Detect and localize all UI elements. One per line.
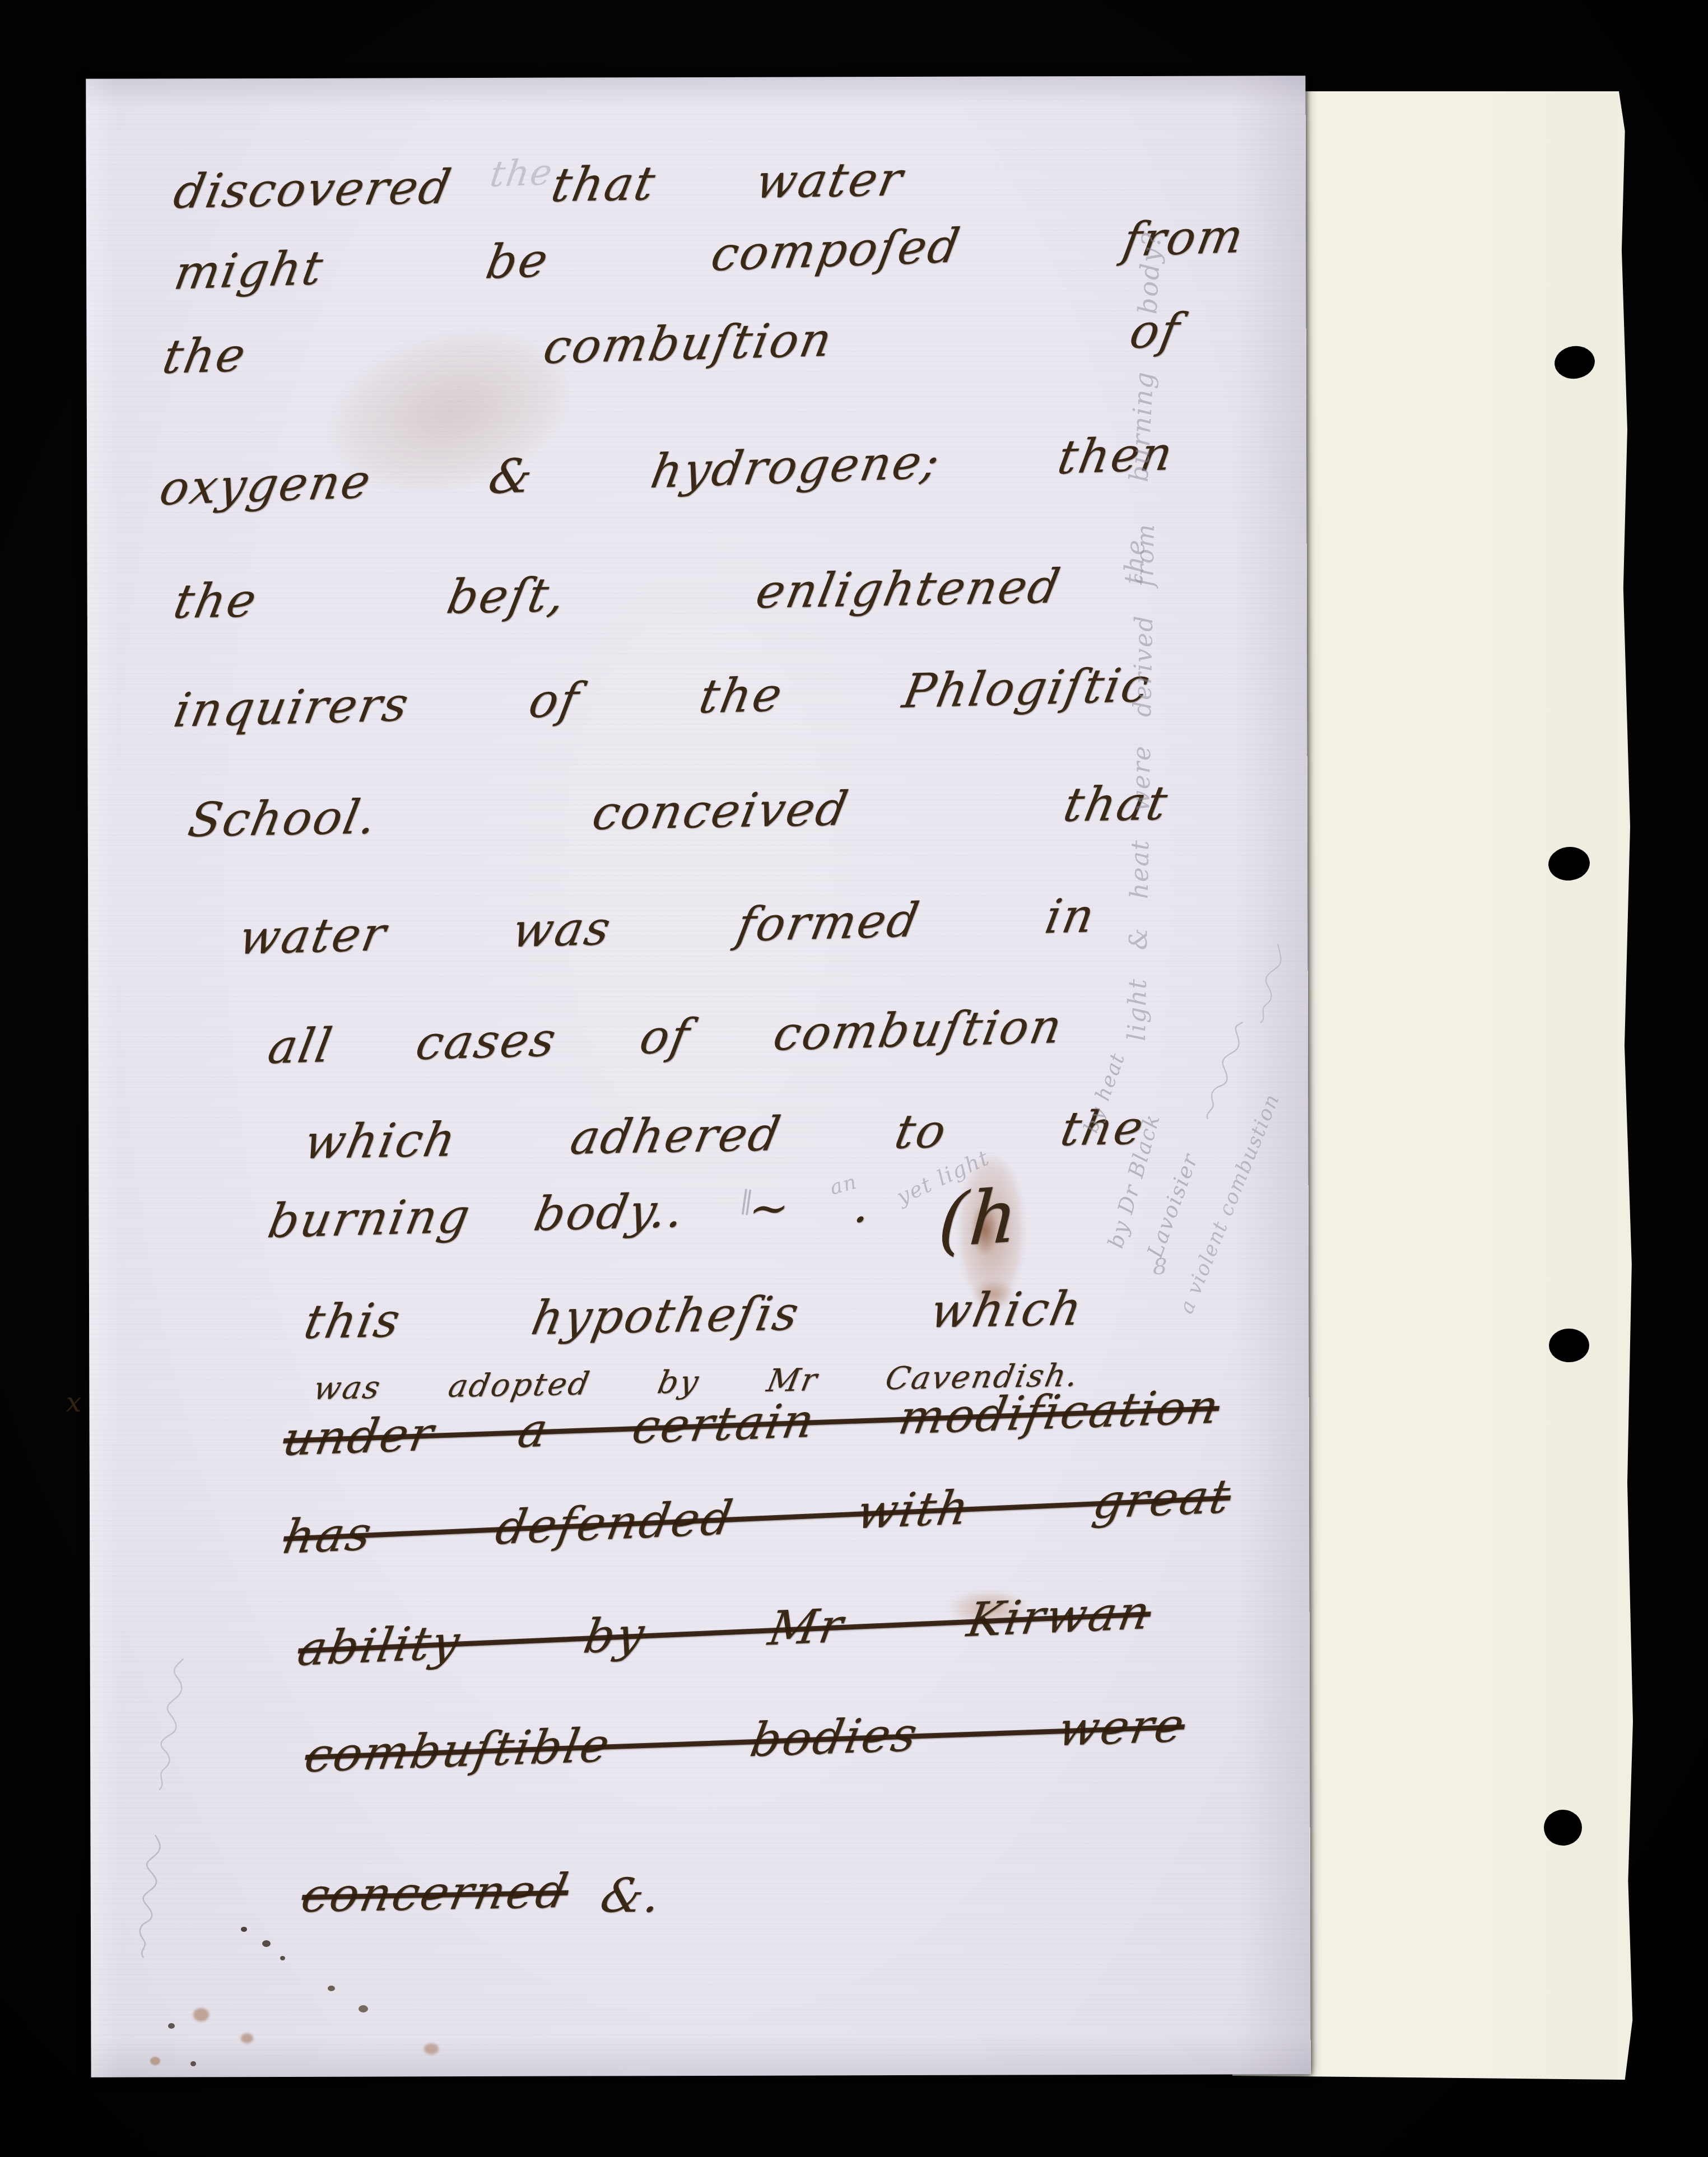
punch-hole [1544, 1810, 1582, 1846]
manuscript-photo: discovered that water might be compoſed … [0, 0, 1708, 2157]
ink-line-deleted: concerned [298, 1867, 573, 1919]
ink-x-mark: x [66, 1389, 83, 1416]
ink-line: this hypotheſis which [301, 1285, 1087, 1345]
ink-insertion-mark: (h [936, 1179, 1022, 1259]
ink-line: the beſt, enlightened [170, 563, 1065, 625]
punch-hole [1549, 1329, 1589, 1362]
ink-ampersand: &. [597, 1872, 667, 1919]
ink-line: which adhered to the [301, 1104, 1149, 1166]
pencil-note-numeral: 8 [1153, 1256, 1168, 1278]
pencil-note-the: the [488, 155, 555, 193]
